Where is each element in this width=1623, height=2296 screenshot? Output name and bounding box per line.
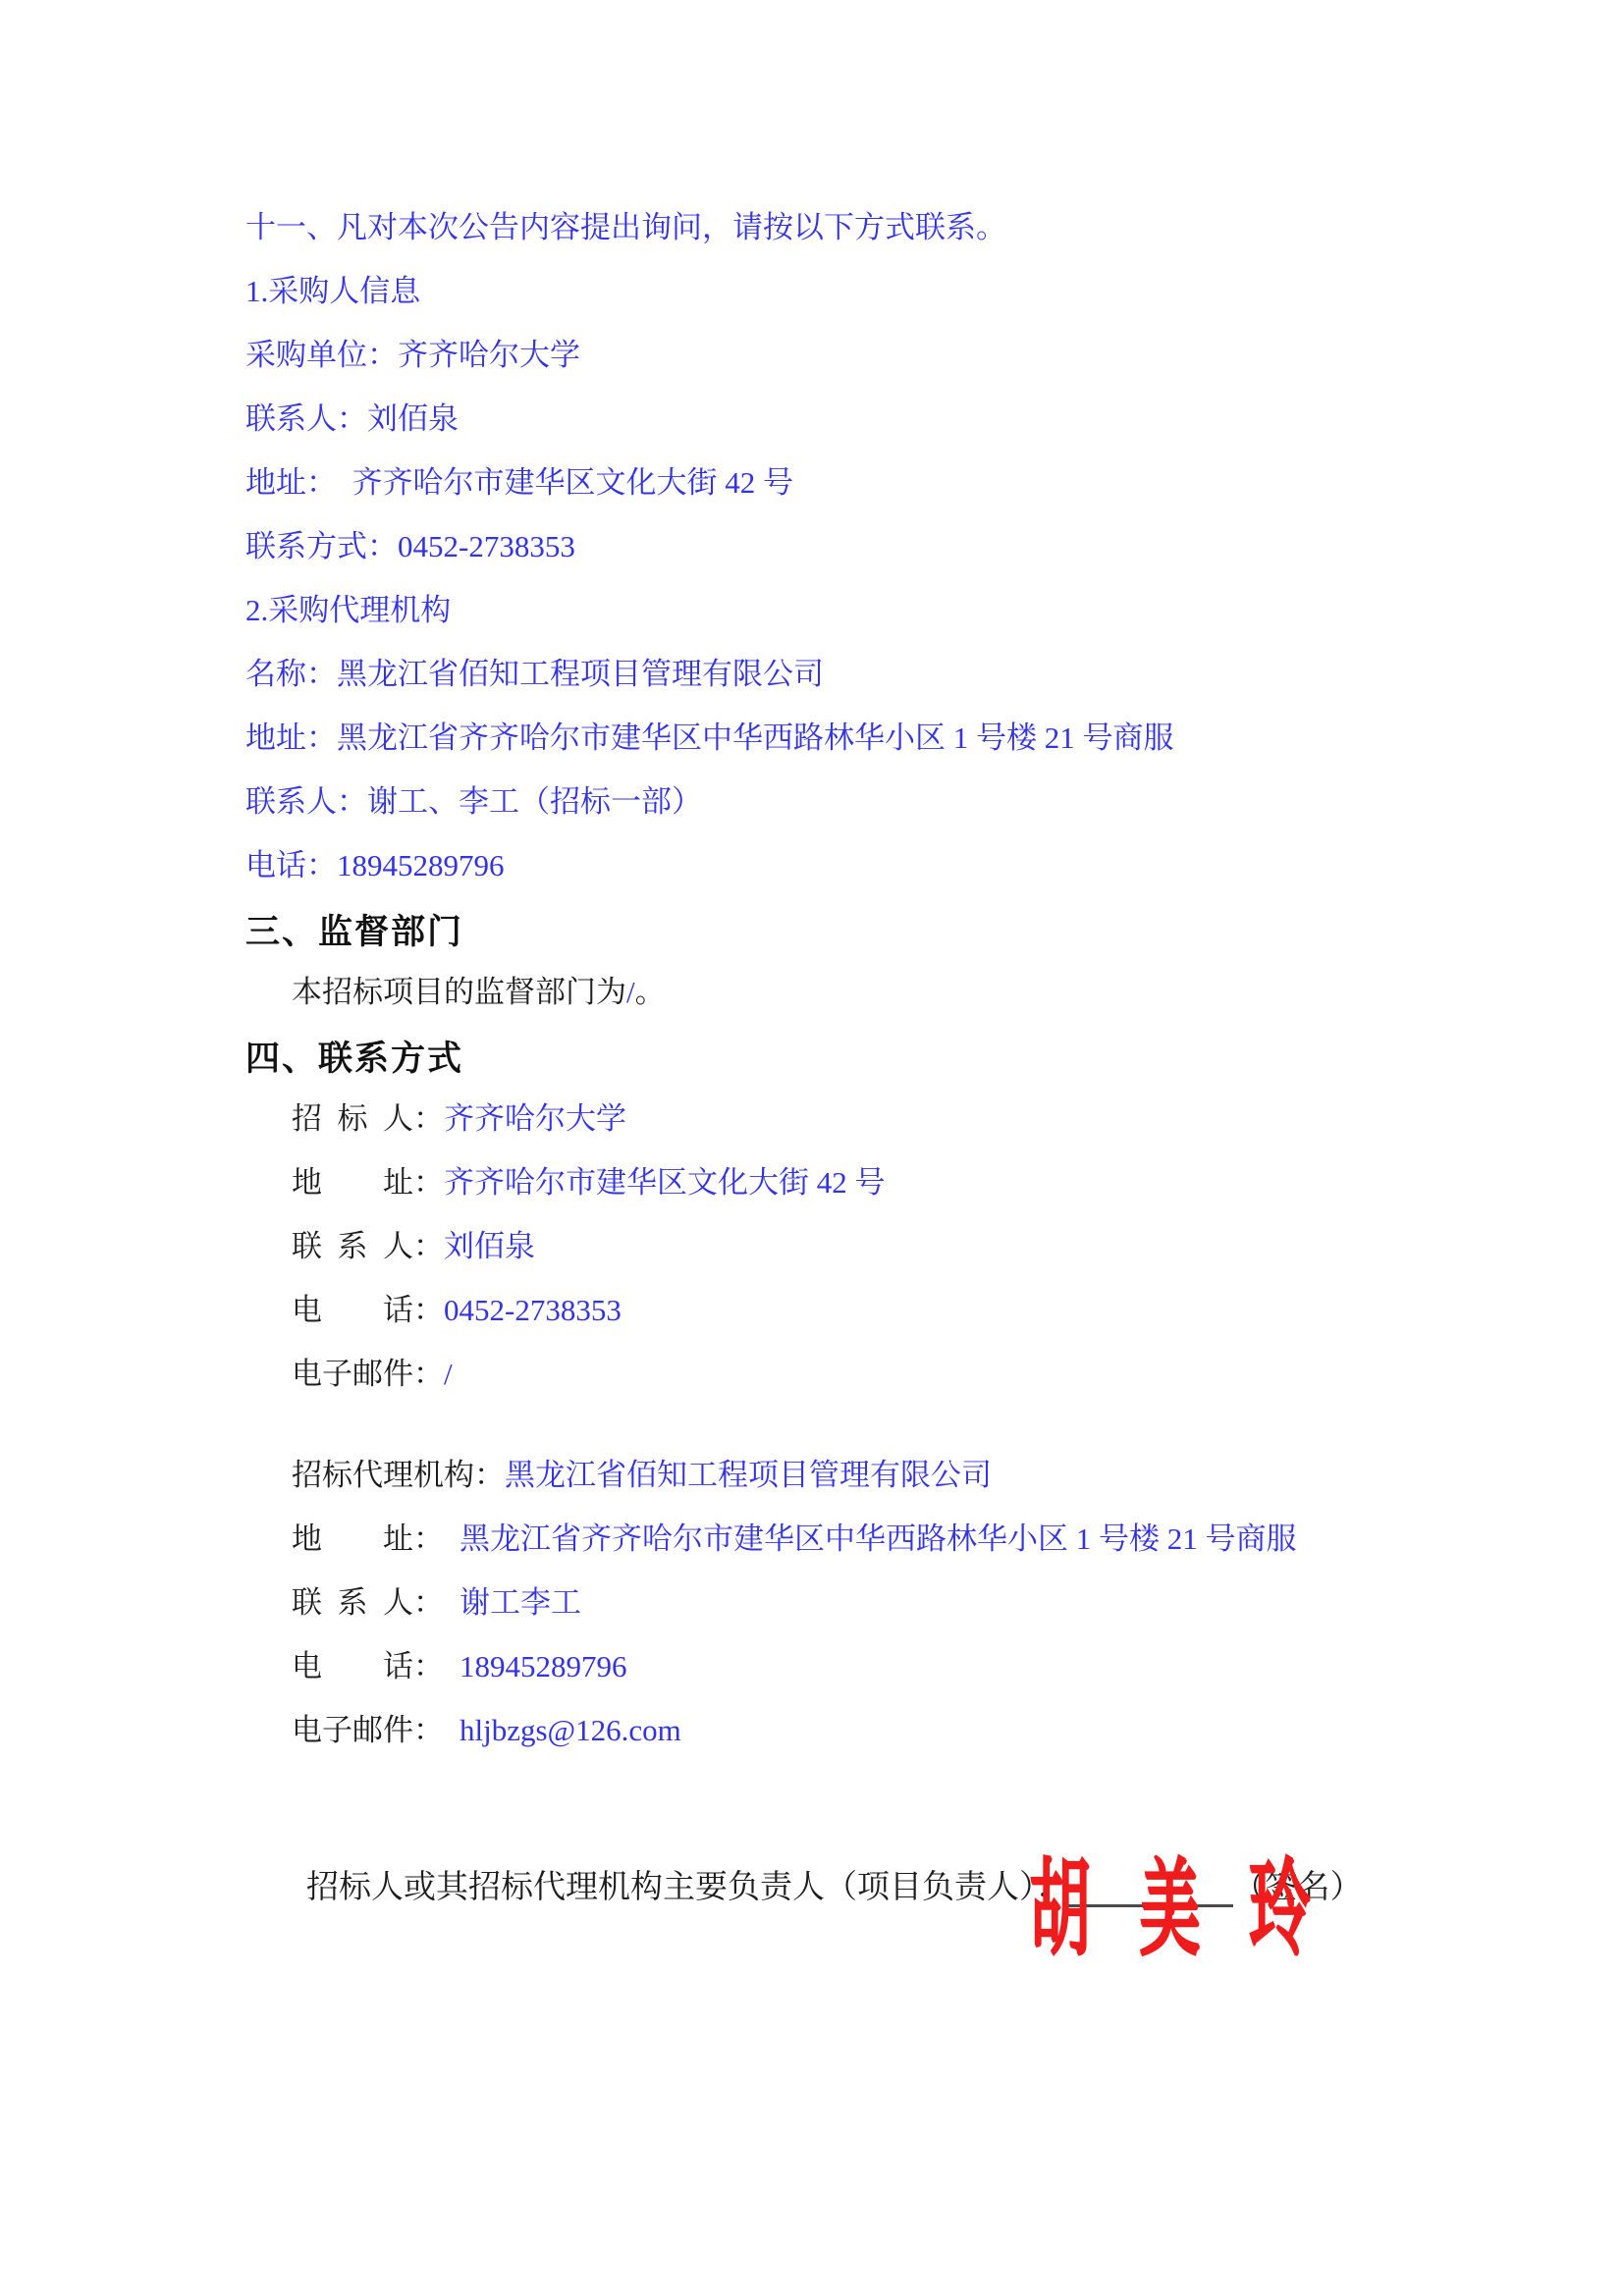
field-value: 齐齐哈尔大学 (444, 1101, 626, 1137)
signature-line-prefix: 招标人或其招标代理机构主要负责人（项目负责人）： (306, 1870, 1068, 1905)
field-value: 0452-2738353 (444, 1293, 622, 1328)
field-label: 电子邮件： (292, 1357, 444, 1392)
purchaser-unit-line: 采购单位：齐齐哈尔大学 (245, 338, 1544, 373)
field-label: 招 标 人： (292, 1101, 444, 1137)
purchaser-address-line: 地址： 齐齐哈尔市建华区文化大街 42 号 (245, 465, 1544, 501)
tenderer-row: 招 标 人：齐齐哈尔大学 (292, 1101, 1544, 1137)
agency-address-line: 地址：黑龙江省齐齐哈尔市建华区中华西路林华小区 1 号楼 21 号商服 (245, 721, 1544, 756)
agency-row: 联 系 人：谢工李工 (292, 1585, 1544, 1621)
field-value: 齐齐哈尔市建华区文化大街 42 号 (444, 1165, 886, 1201)
purchaser-phone-line: 联系方式：0452-2738353 (245, 529, 1544, 564)
document-page: 十一、凡对本次公告内容提出询问，请按以下方式联系。 1.采购人信息 采购单位：齐… (0, 0, 1623, 2296)
field-label: 电 话： (292, 1649, 444, 1684)
field-label: 地 址： (292, 1165, 444, 1201)
field-label: 联 系 人： (292, 1229, 444, 1264)
field-value: 刘佰泉 (444, 1229, 535, 1264)
field-label: 电子邮件： (292, 1713, 444, 1748)
section11-intro: 十一、凡对本次公告内容提出询问，请按以下方式联系。 (245, 210, 1544, 245)
agency-info-title: 2.采购代理机构 (245, 593, 1544, 628)
agency-row: 招标代理机构：黑龙江省佰知工程项目管理有限公司 (292, 1458, 1544, 1493)
section3-body-value: / (626, 975, 635, 1009)
field-value: / (444, 1357, 453, 1392)
agency-row: 电 话：18945289796 (292, 1649, 1544, 1684)
field-label: 联 系 人： (292, 1585, 444, 1621)
purchaser-info-title: 1.采购人信息 (245, 274, 1544, 309)
agency-contact-block: 招标代理机构：黑龙江省佰知工程项目管理有限公司 地 址：黑龙江省齐齐哈尔市建华区… (245, 1458, 1544, 1748)
document-content: 十一、凡对本次公告内容提出询问，请按以下方式联系。 1.采购人信息 采购单位：齐… (245, 210, 1544, 1940)
section3-body-prefix: 本招标项目的监督部门为 (292, 975, 626, 1009)
section4-heading: 四、联系方式 (245, 1039, 1544, 1080)
handwritten-signature: 胡美玲 (1029, 1858, 1359, 1963)
field-value: 黑龙江省齐齐哈尔市建华区中华西路林华小区 1 号楼 21 号商服 (444, 1522, 1297, 1557)
tenderer-row: 联 系 人：刘佰泉 (292, 1229, 1544, 1264)
agency-phone-line: 电话：18945289796 (245, 848, 1544, 883)
tenderer-row: 地 址：齐齐哈尔市建华区文化大街 42 号 (292, 1165, 1544, 1201)
field-value: 谢工李工 (444, 1585, 581, 1621)
agency-contact-line: 联系人：谢工、李工（招标一部） (245, 784, 1544, 820)
agency-row: 电子邮件：hljbzgs@126.com (292, 1713, 1544, 1748)
purchaser-contact-line: 联系人：刘佰泉 (245, 401, 1544, 437)
field-label: 招标代理机构： (292, 1458, 505, 1493)
field-label: 电 话： (292, 1293, 444, 1328)
agency-name-line: 名称：黑龙江省佰知工程项目管理有限公司 (245, 657, 1544, 692)
field-value: hljbzgs@126.com (444, 1713, 681, 1748)
agency-row: 地 址：黑龙江省齐齐哈尔市建华区中华西路林华小区 1 号楼 21 号商服 (292, 1522, 1544, 1557)
field-label: 地 址： (292, 1522, 444, 1557)
tenderer-row: 电子邮件：/ (292, 1357, 1544, 1392)
tenderer-row: 电 话：0452-2738353 (292, 1293, 1544, 1328)
section3-body-suffix: 。 (635, 975, 666, 1009)
section3-heading: 三、监督部门 (245, 912, 1544, 953)
field-value: 18945289796 (444, 1649, 627, 1684)
field-value: 黑龙江省佰知工程项目管理有限公司 (505, 1458, 992, 1493)
tenderer-contact-block: 招 标 人：齐齐哈尔大学 地 址：齐齐哈尔市建华区文化大街 42 号 联 系 人… (245, 1101, 1544, 1392)
section3-body: 本招标项目的监督部门为/。 (292, 975, 1544, 1010)
